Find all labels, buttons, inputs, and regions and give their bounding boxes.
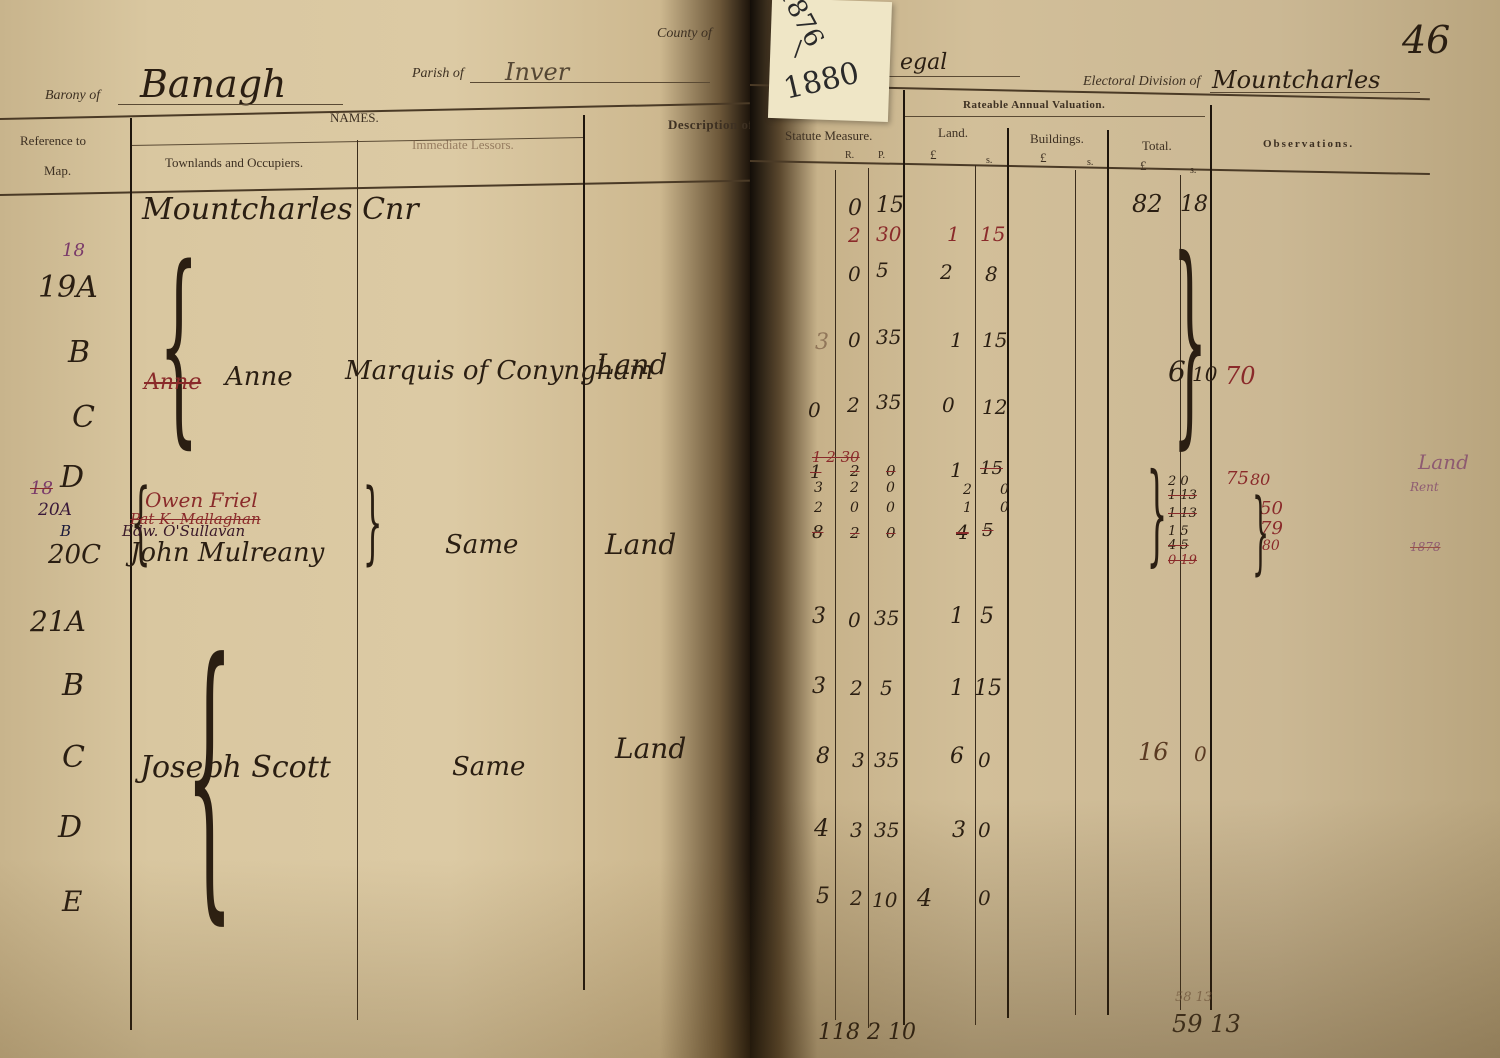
col-p: P. <box>878 150 885 161</box>
land-shilling: s. <box>986 155 992 166</box>
ref-20c: 20C <box>48 540 101 570</box>
occupier: Anne <box>225 362 293 392</box>
area-total: 118 2 10 <box>818 1020 916 1045</box>
sticky-year-end: 1880 <box>780 56 862 107</box>
ref-19d: D <box>60 460 84 495</box>
barony-label: Barony of <box>45 88 100 104</box>
occupier-owen: Owen Friel <box>145 488 258 512</box>
barony-value: Banagh <box>140 62 287 106</box>
description: Land <box>615 732 686 765</box>
buildings-shilling: s. <box>1087 157 1093 168</box>
ref-struck-18: 18 <box>30 478 53 499</box>
brace-icon: } <box>1172 230 1207 450</box>
brace-icon: } <box>1252 488 1269 578</box>
valuation-total: 59 13 <box>1172 1010 1241 1038</box>
col-total: Total. <box>1142 138 1172 154</box>
col-names: NAMES. <box>330 110 379 126</box>
valuation-subtotal: 58 13 <box>1175 990 1212 1005</box>
col-lessors: Immediate Lessors. <box>412 137 514 153</box>
col-reference-line2: Map. <box>44 163 71 179</box>
col-townlands: Townlands and Occupiers. <box>165 155 303 171</box>
occupier-john: John Mulreany <box>130 538 324 568</box>
ref-21c: C <box>62 740 85 775</box>
lessor: Same <box>445 530 518 560</box>
col-buildings: Buildings. <box>1030 131 1084 147</box>
ref-19b: B <box>68 335 90 370</box>
townland-name: Mountcharles Cnr <box>142 192 419 227</box>
brace-icon: } <box>363 478 383 568</box>
total-pounds: 82 <box>1132 190 1163 218</box>
description: Land <box>605 528 676 561</box>
col-rateable: Rateable Annual Valuation. <box>963 99 1105 111</box>
col-observations: Observations. <box>1263 138 1354 150</box>
sticky-note: 1876 / 1880 <box>768 0 892 122</box>
obs-note-land: Land <box>1418 450 1469 474</box>
ref-21a: 21A <box>30 605 86 638</box>
obs-note-year: 1878 <box>1410 540 1441 554</box>
lessor: Same <box>452 752 525 782</box>
col-land: Land. <box>938 125 968 141</box>
ref-19a: 19A <box>38 270 98 305</box>
county-value: egal <box>900 50 947 75</box>
county-label: County of <box>657 26 712 42</box>
left-page: Barony of Banagh Parish of Inver County … <box>0 0 750 1058</box>
ref-21d: D <box>58 810 82 845</box>
electoral-value: Mountcharles <box>1212 66 1380 94</box>
page-number: 46 <box>1402 18 1450 62</box>
sticky-sep: / <box>794 37 802 62</box>
parish-label: Parish of <box>412 66 464 82</box>
obs-note-rent: Rent <box>1410 480 1439 494</box>
total-shilling: s. <box>1190 165 1196 176</box>
ref-21b: B <box>62 668 84 703</box>
ref-21e: E <box>62 885 82 918</box>
land-pound: £ <box>930 147 937 163</box>
electoral-label: Electoral Division of <box>1083 74 1200 90</box>
occupier-joseph: Joseph Scott <box>140 750 331 785</box>
buildings-pound: £ <box>1040 150 1047 166</box>
ref-20a: 20A <box>38 500 72 520</box>
description: Land <box>596 348 667 381</box>
ref-19c: C <box>72 400 95 435</box>
right-page: egal Electoral Division of Mountcharles … <box>750 0 1500 1058</box>
col-r: R. <box>845 150 854 161</box>
brace-icon: { <box>159 240 199 450</box>
col-reference-line1: Reference to <box>20 133 86 149</box>
col-measure: Statute Measure. <box>785 128 872 144</box>
ref-20b: B <box>60 522 71 540</box>
occupier-struck: Anne <box>144 370 201 395</box>
total-pound: £ <box>1140 158 1147 174</box>
brace-icon: } <box>1147 458 1168 568</box>
ref-18: 18 <box>62 240 85 261</box>
col-description: Description of <box>668 117 753 133</box>
